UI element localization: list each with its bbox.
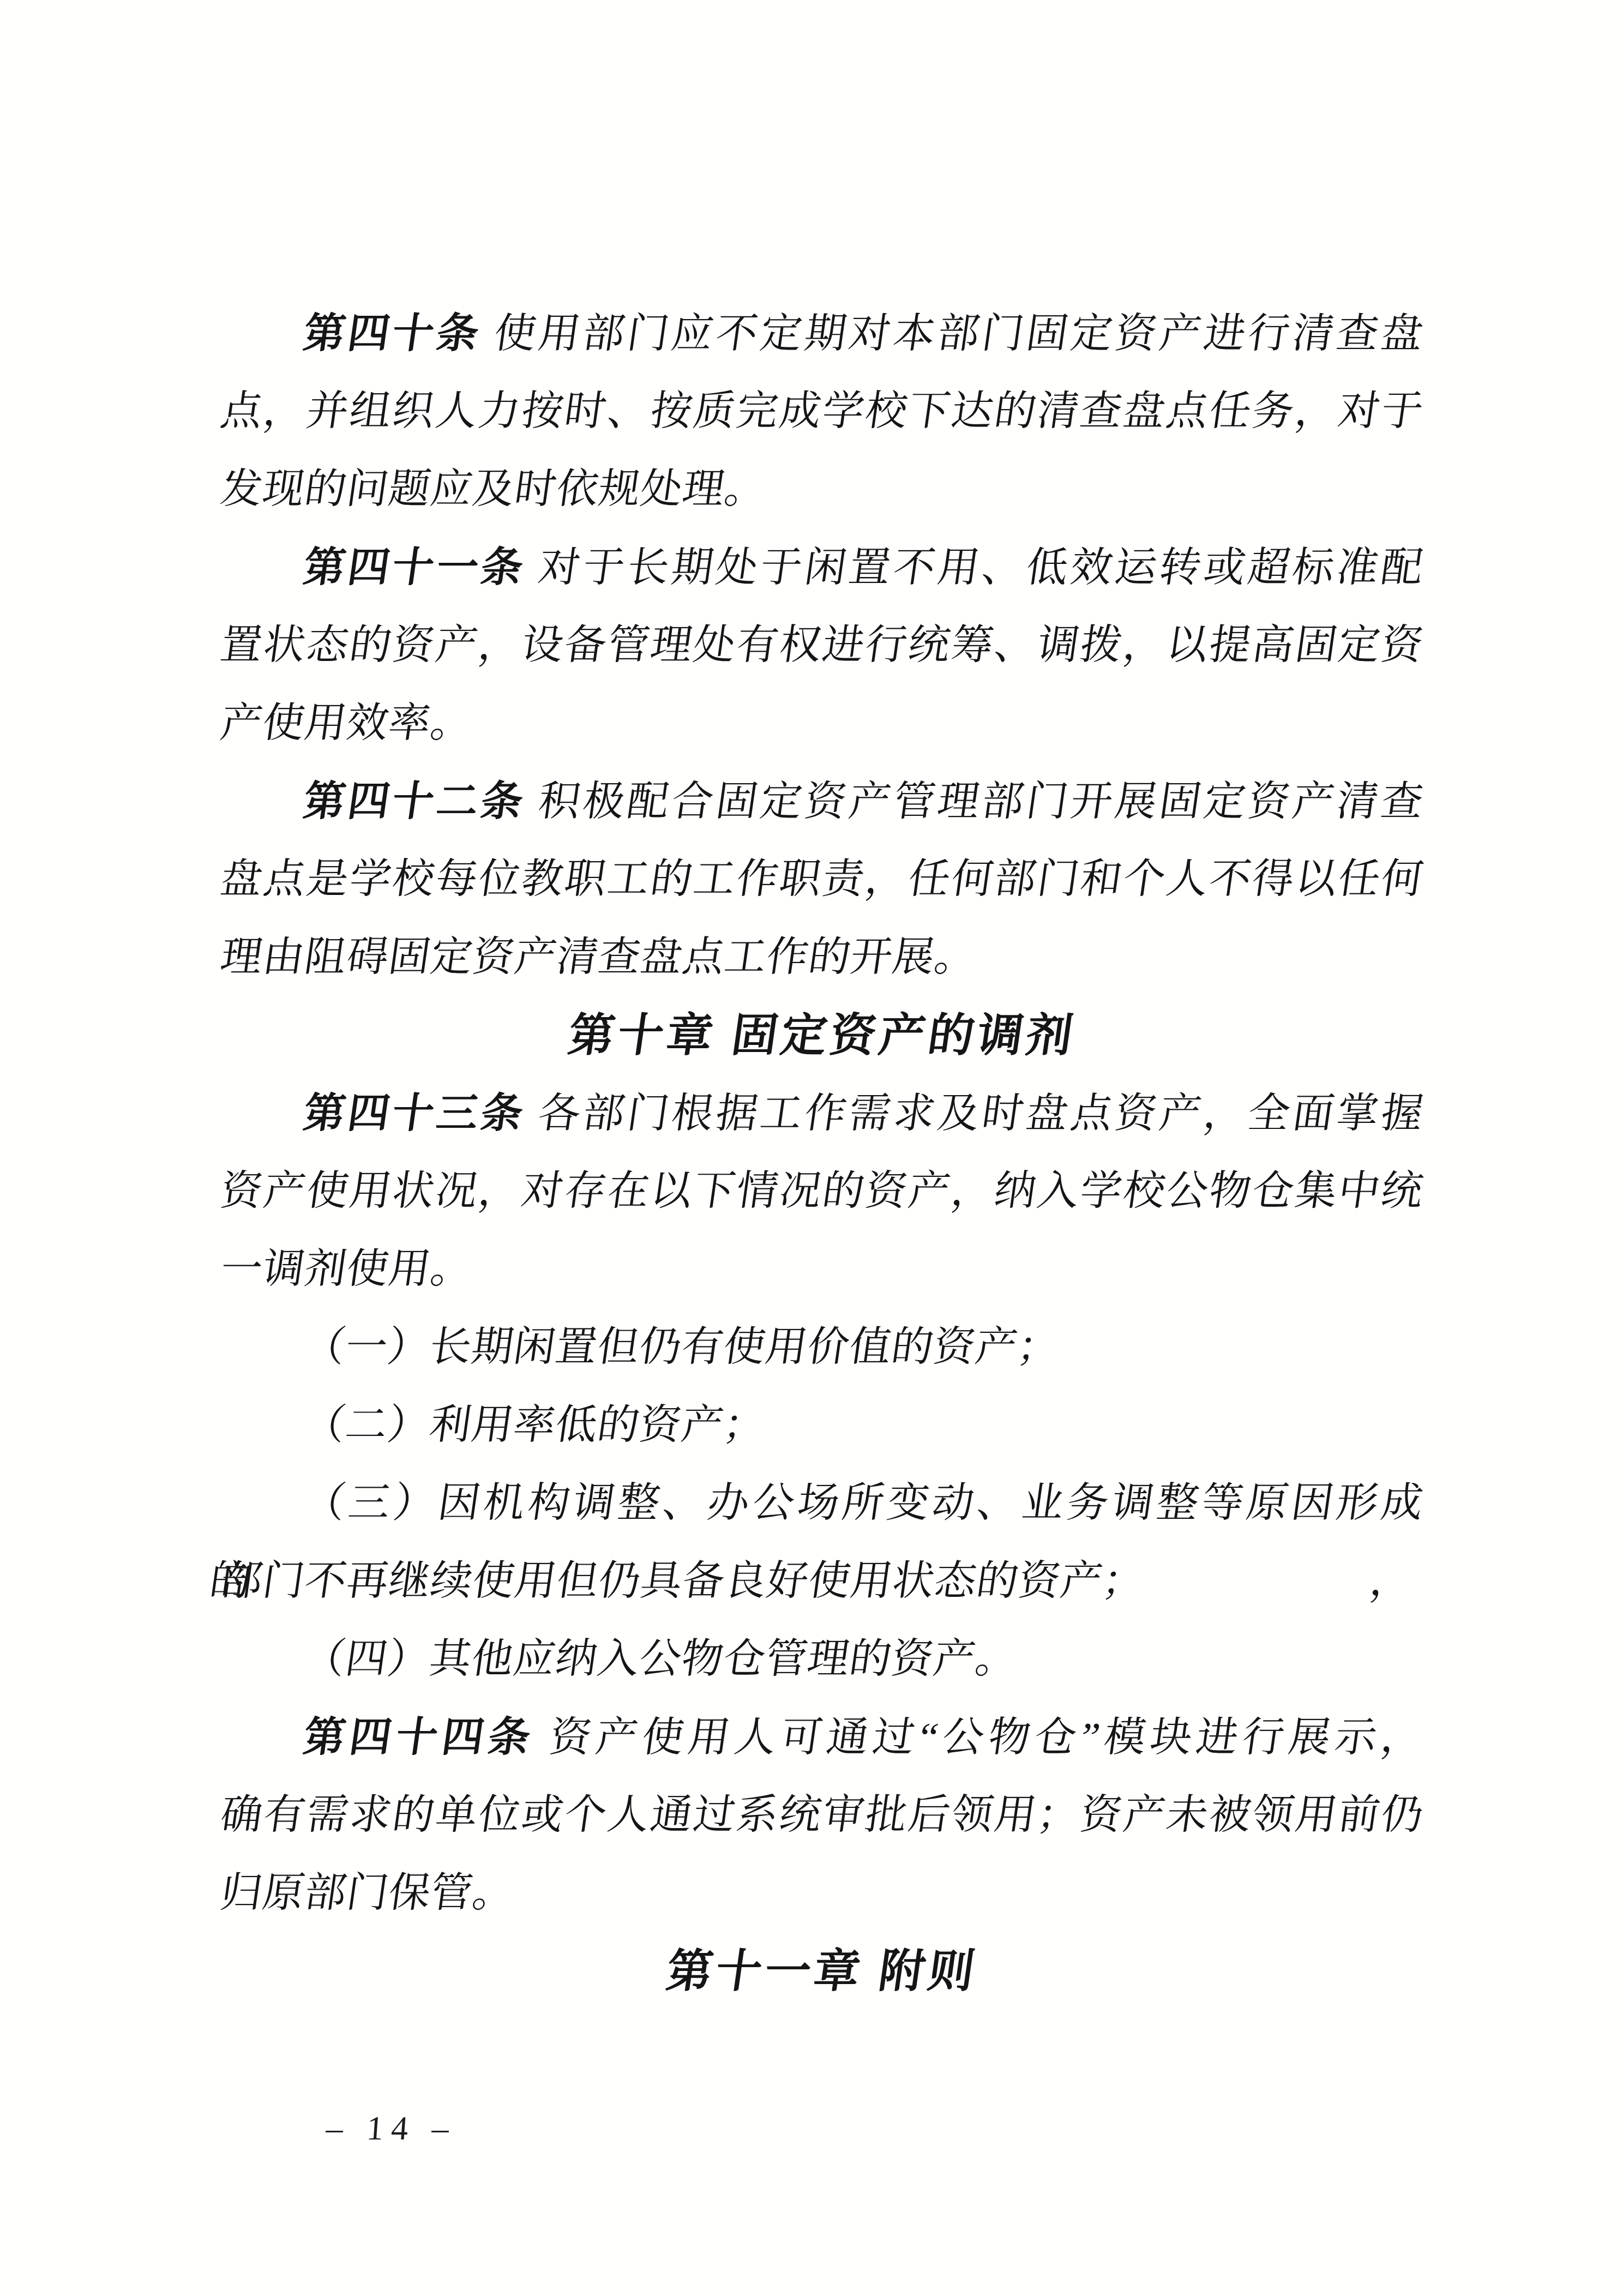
text-line: 产使用效率。: [215, 684, 1429, 762]
page-number: – 14 –: [324, 2104, 458, 2153]
text-line: 置状态的资产，设备管理处有权进行统筹、调拨，以提高固定资: [215, 606, 1429, 684]
text-line: 第四十四条 资产使用人可通过“公物仓”模块进行展示，: [215, 1698, 1429, 1776]
text-line: 归原部门保管。: [215, 1854, 1429, 1932]
text-segment: 资产使用人可通过“公物仓”模块进行展示，: [532, 1715, 1427, 1760]
text-segment: 各部门根据工作需求及时盘点资产，全面掌握: [522, 1091, 1427, 1137]
text-line: 第四十二条 积极配合固定资产管理部门开展固定资产清查: [215, 762, 1429, 840]
text-segment: 使用部门应不定期对本部门固定资产进行清查盘: [478, 311, 1427, 357]
document-page: 第四十条 使用部门应不定期对本部门固定资产进行清查盘点，并组织人力按时、按质完成…: [0, 0, 1623, 2296]
text-line: 第四十条 使用部门应不定期对本部门固定资产进行清查盘: [215, 294, 1429, 372]
article-number: 第四十四条: [300, 1714, 538, 1760]
text-segment: 点，并组织人力按时、按质完成学校下达的清查盘点任务，对于: [218, 388, 1427, 434]
text-line: （四）其他应纳入公物仓管理的资产。: [215, 1620, 1429, 1698]
text-line: 第四十一条 对于长期处于闲置不用、低效运转或超标准配: [215, 528, 1429, 606]
text-line: 资产使用状况，对存在以下情况的资产，纳入学校公物仓集中统: [215, 1152, 1429, 1230]
text-segment: 确有需求的单位或个人通过系统审批后领用；资产未被领用前仍: [218, 1792, 1427, 1838]
text-line: 盘点是学校每位教职工的工作职责，任何部门和个人不得以任何: [215, 840, 1429, 918]
text-line: （一）长期闲置但仍有使用价值的资产；: [215, 1308, 1429, 1386]
article-number: 第四十一条: [300, 544, 529, 591]
text-segment: 一调剂使用。: [218, 1246, 476, 1292]
text-segment: （四）其他应纳入公物仓管理的资产。: [300, 1636, 1021, 1682]
chapter-heading: 第十一章 附则: [215, 1932, 1429, 2010]
article-number: 第四十二条: [300, 778, 529, 825]
text-segment: 资产使用状况，对存在以下情况的资产，纳入学校公物仓集中统: [218, 1168, 1427, 1214]
text-line: 部门不再继续使用但仍具备良好使用状态的资产；: [215, 1542, 1429, 1620]
chapter-heading: 第十章 固定资产的调剂: [215, 996, 1429, 1074]
text-segment: （二）利用率低的资产；: [300, 1402, 769, 1448]
text-segment: 理由阻碍固定资产清查盘点工作的开展。: [218, 934, 980, 980]
article-number: 第四十三条: [300, 1090, 529, 1137]
text-line: 发现的问题应及时依规处理。: [215, 450, 1429, 528]
text-segment: 产使用效率。: [218, 700, 476, 746]
text-segment: 部门不再继续使用但仍具备良好使用状态的资产；: [218, 1558, 1148, 1604]
text-line: （三）因机构调整、办公场所变动、业务调整等原因形成的，: [215, 1464, 1429, 1542]
text-line: 确有需求的单位或个人通过系统审批后领用；资产未被领用前仍: [215, 1776, 1429, 1854]
document-body: 第四十条 使用部门应不定期对本部门固定资产进行清查盘点，并组织人力按时、按质完成…: [221, 294, 1423, 2010]
text-segment: 第十一章 附则: [663, 1945, 981, 1997]
text-line: 一调剂使用。: [215, 1230, 1429, 1308]
text-segment: 盘点是学校每位教职工的工作职责，任何部门和个人不得以任何: [218, 856, 1427, 902]
text-line: 点，并组织人力按时、按质完成学校下达的清查盘点任务，对于: [215, 372, 1429, 450]
article-number: 第四十条: [300, 310, 484, 357]
text-segment: 对于长期处于闲置不用、低效运转或超标准配: [522, 545, 1427, 591]
text-segment: 积极配合固定资产管理部门开展固定资产清查: [522, 779, 1427, 825]
text-line: （二）利用率低的资产；: [215, 1386, 1429, 1464]
text-line: 理由阻碍固定资产清查盘点工作的开展。: [215, 918, 1429, 996]
text-segment: （一）长期闲置但仍有使用价值的资产；: [300, 1324, 1063, 1370]
text-segment: 第十章 固定资产的调剂: [565, 1009, 1079, 1061]
text-segment: 置状态的资产，设备管理处有权进行统筹、调拨，以提高固定资: [218, 622, 1427, 668]
text-line: 第四十三条 各部门根据工作需求及时盘点资产，全面掌握: [215, 1074, 1429, 1152]
text-segment: 归原部门保管。: [218, 1870, 518, 1916]
text-segment: 发现的问题应及时依规处理。: [218, 466, 770, 512]
